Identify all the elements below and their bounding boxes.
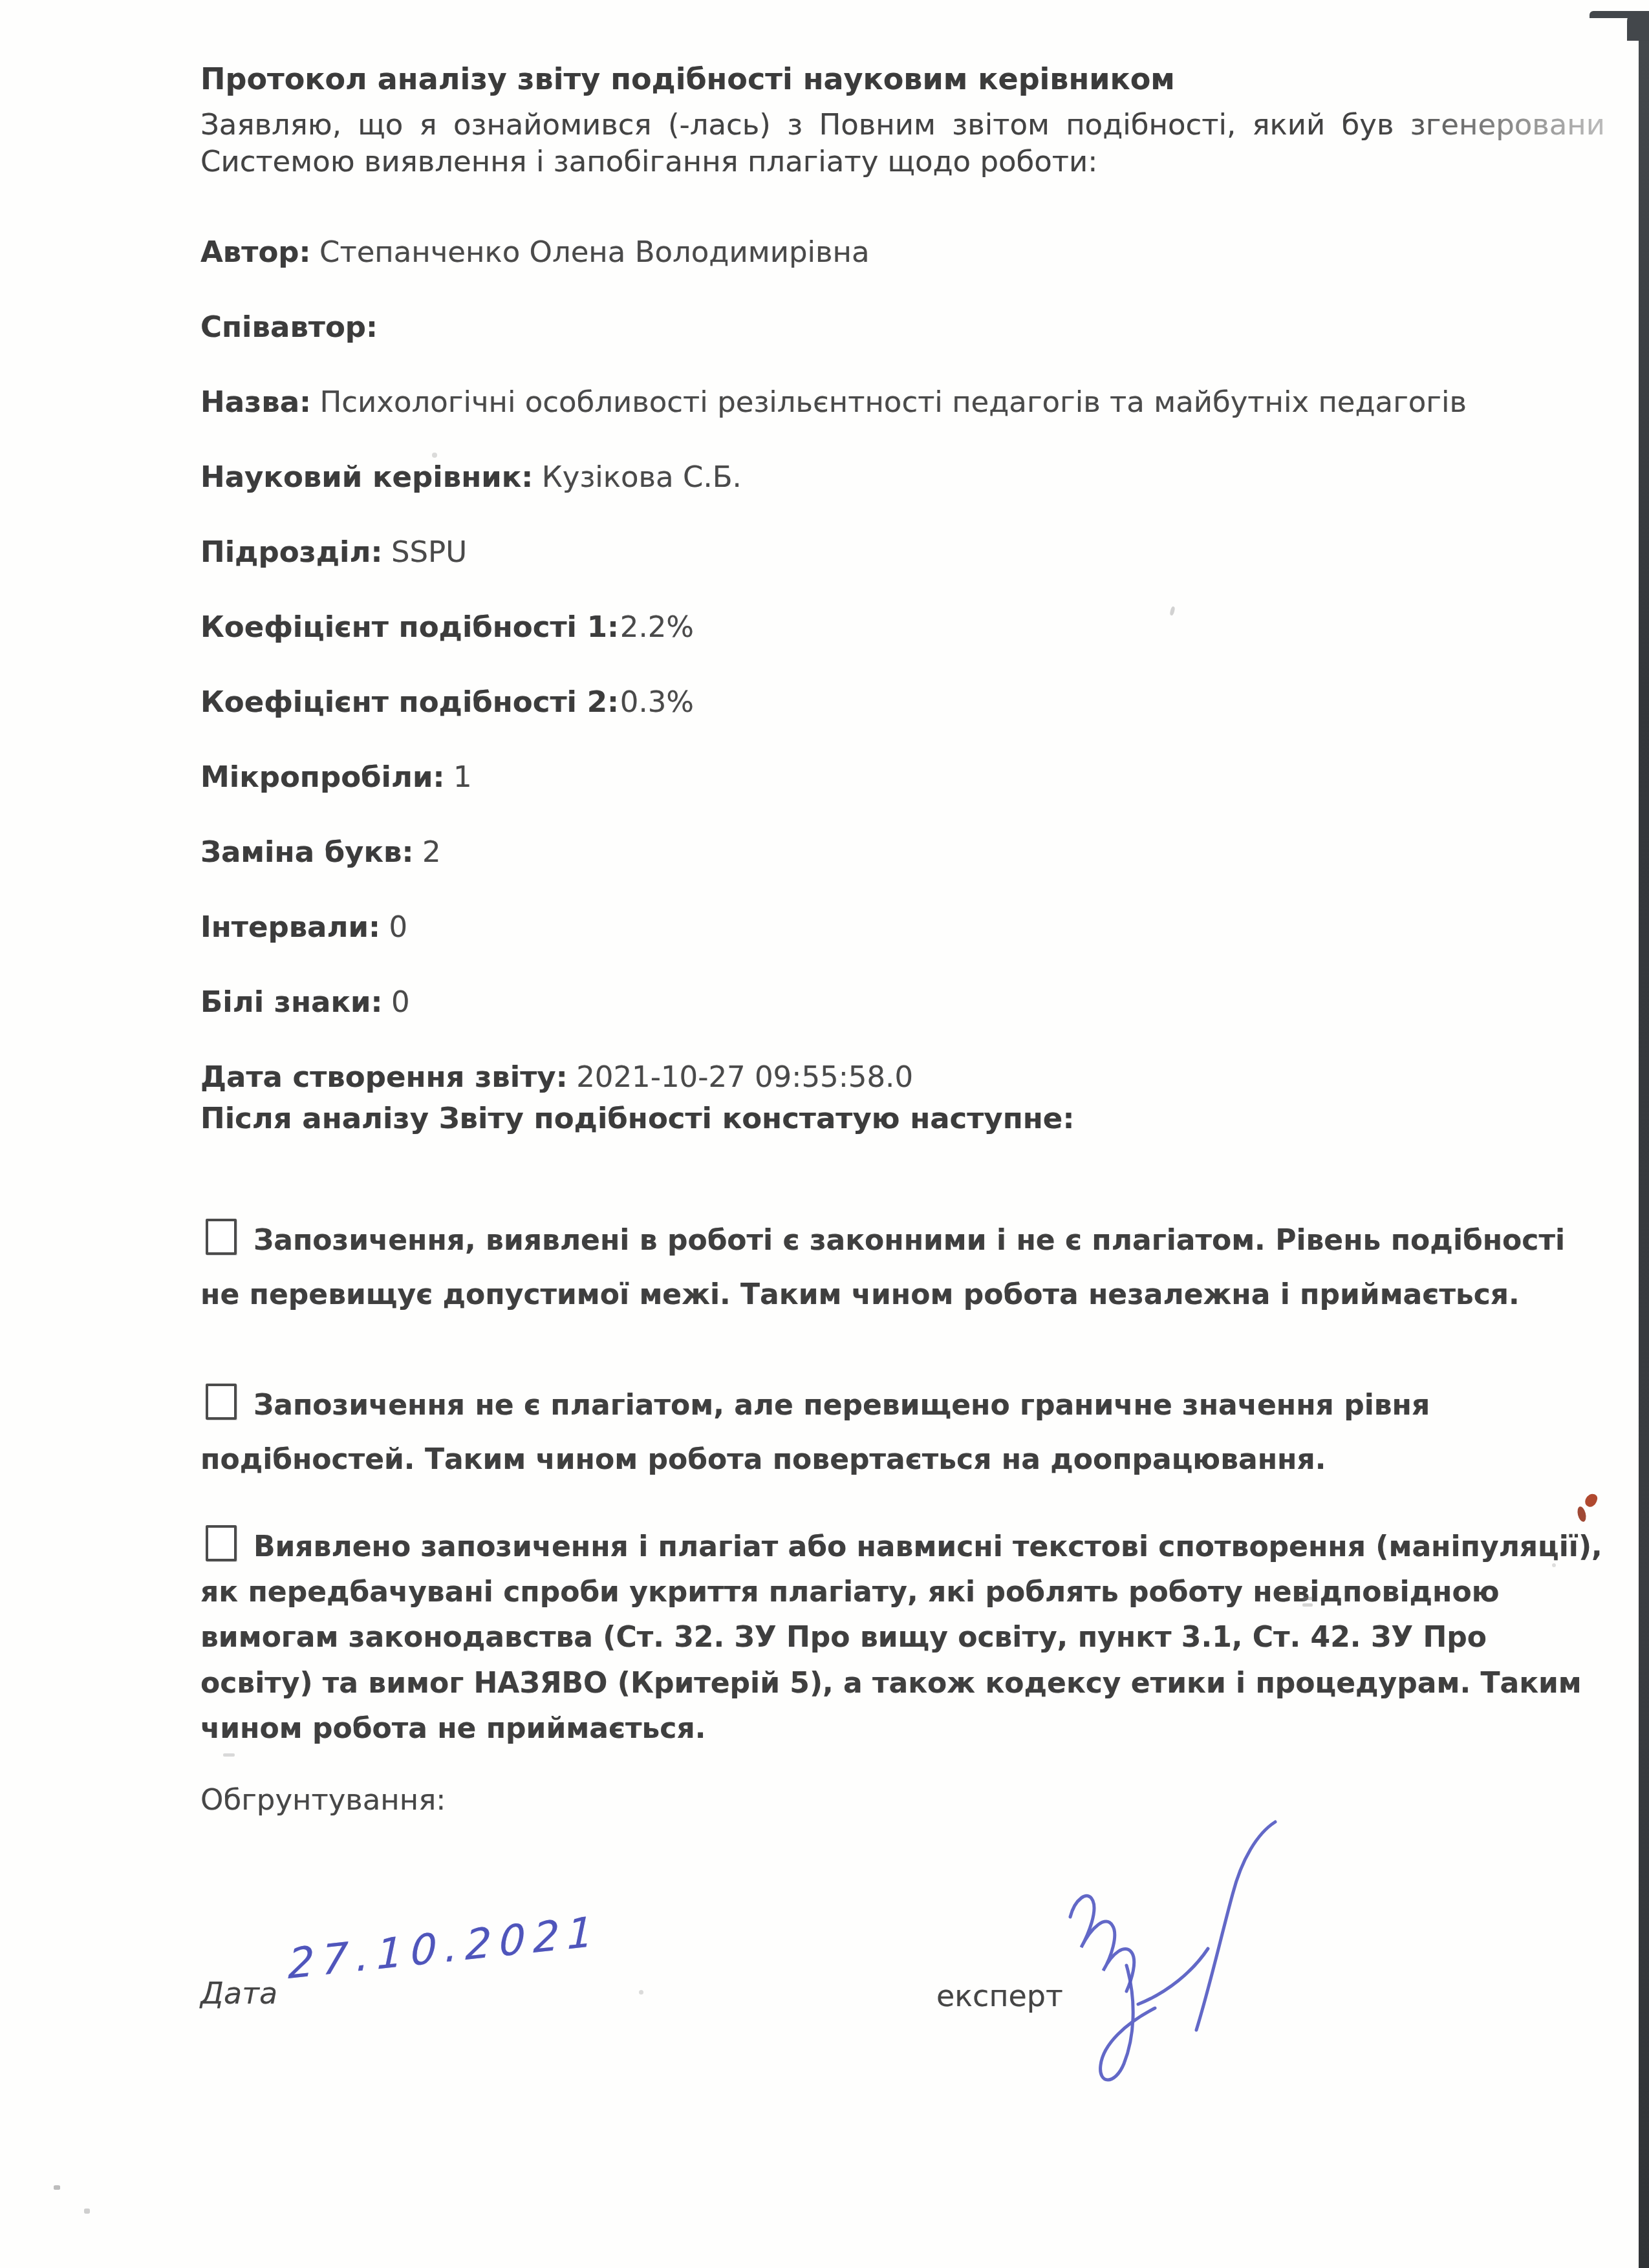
field-coauthor-label: Співавтор:: [200, 310, 378, 344]
scan-edge-shadow-right: [1639, 13, 1649, 2268]
field-intervals-label: Інтервали:: [200, 910, 380, 944]
scan-edge-shadow-top: [1590, 11, 1643, 18]
field-report-creation-date: Дата створення звіту:2021-10-27 09:55:58…: [200, 1059, 1605, 1095]
dust-speck: [1552, 1563, 1556, 1567]
intro-paragraph: Заявляю, що я ознайомився (-лась) з Повн…: [200, 106, 1605, 180]
field-similarity-coefficient-2-label: Коефіцієнт подібності 2:: [200, 685, 619, 719]
field-similarity-coefficient-2: Коефіцієнт подібності 2:0.3%: [200, 684, 1605, 720]
field-letter-substitution-label: Заміна букв:: [200, 835, 413, 869]
field-microspaces: Мікропробіли:1: [200, 759, 1605, 795]
field-intervals: Інтервали:0: [200, 909, 1605, 945]
justification-label: Обгрунтування:: [200, 1782, 1605, 1817]
document-title: Протокол аналізу звіту подібності науков…: [200, 61, 1605, 97]
field-coauthor: Співавтор:: [200, 309, 1605, 345]
dust-speck: [1302, 1597, 1313, 1600]
field-microspaces-value: 1: [453, 760, 472, 794]
intro-line-1: Заявляю, що я ознайомився (-лась) з Повн…: [200, 106, 1605, 143]
option-not-accepted-text: Виявлено запозичення і плагіат або навми…: [200, 1530, 1602, 1746]
field-white-signs-label: Білі знаки:: [200, 985, 382, 1019]
option-returned-for-revision-text: Запозичення не є плагіатом, але перевище…: [200, 1389, 1430, 1476]
field-report-creation-date-label: Дата створення звіту:: [200, 1060, 568, 1094]
expert-signature: [1035, 1810, 1313, 2101]
field-title-of-work-label: Назва:: [200, 385, 311, 419]
field-similarity-coefficient-1-value: 2.2%: [620, 610, 694, 644]
document-content: Протокол аналізу звіту подібності науков…: [200, 61, 1605, 1817]
dust-speck: [639, 1990, 643, 1995]
field-department-label: Підрозділ:: [200, 535, 382, 569]
option-accepted-text: Запозичення, виявлені в роботі є законни…: [200, 1224, 1565, 1311]
field-white-signs-value: 0: [391, 985, 410, 1019]
field-author-value: Степанченко Олена Володимирівна: [319, 235, 869, 269]
field-author-label: Автор:: [200, 235, 311, 269]
field-microspaces-label: Мікропробіли:: [200, 760, 444, 794]
field-similarity-coefficient-2-value: 0.3%: [620, 685, 694, 719]
field-letter-substitution: Заміна букв:2: [200, 834, 1605, 870]
field-white-signs: Білі знаки:0: [200, 984, 1605, 1020]
handwritten-date: 27.10.2021: [288, 1908, 601, 1989]
dust-speck: [84, 2209, 90, 2214]
scanned-document-page: { "document": { "title": "Протокол аналі…: [0, 0, 1649, 2268]
option-not-accepted-checkbox[interactable]: [206, 1525, 237, 1561]
field-department: Підрозділ:SSPU: [200, 534, 1605, 570]
field-similarity-coefficient-1-label: Коефіцієнт подібності 1:: [200, 610, 619, 644]
statement-line: Після аналізу Звіту подібності констатую…: [200, 1100, 1605, 1138]
conclusion-options: Запозичення, виявлені в роботі є законни…: [200, 1214, 1605, 1751]
dust-speck: [223, 1753, 235, 1757]
option-accepted: Запозичення, виявлені в роботі є законни…: [200, 1214, 1605, 1321]
field-report-creation-date-value: 2021-10-27 09:55:58.0: [576, 1060, 913, 1094]
field-supervisor: Науковий керівник:Кузікова С.Б.: [200, 459, 1605, 495]
option-returned-for-revision-checkbox[interactable]: [206, 1384, 237, 1420]
option-accepted-checkbox[interactable]: [206, 1219, 237, 1255]
field-letter-substitution-value: 2: [422, 835, 441, 869]
dust-speck: [54, 2185, 60, 2190]
field-similarity-coefficient-1: Коефіцієнт подібності 1:2.2%: [200, 609, 1605, 645]
document-scan: Протокол аналізу звіту подібності науков…: [0, 0, 1649, 2268]
field-author: Автор:Степанченко Олена Володимирівна: [200, 234, 1605, 270]
field-title-of-work: Назва:Психологічні особливості резільєнт…: [200, 384, 1605, 420]
intro-line-2: Системою виявлення і запобігання плагіат…: [200, 143, 1605, 180]
option-not-accepted: Виявлено запозичення і плагіат або навми…: [200, 1524, 1605, 1752]
option-returned-for-revision: Запозичення не є плагіатом, але перевище…: [200, 1378, 1605, 1486]
field-department-value: SSPU: [391, 535, 467, 569]
dust-speck: [432, 453, 437, 458]
field-title-of-work-value: Психологічні особливості резільєнтності …: [320, 385, 1467, 419]
date-label: Дата: [200, 1976, 277, 2011]
field-supervisor-label: Науковий керівник:: [200, 460, 533, 494]
field-supervisor-value: Кузікова С.Б.: [542, 460, 742, 494]
field-intervals-value: 0: [389, 910, 407, 944]
